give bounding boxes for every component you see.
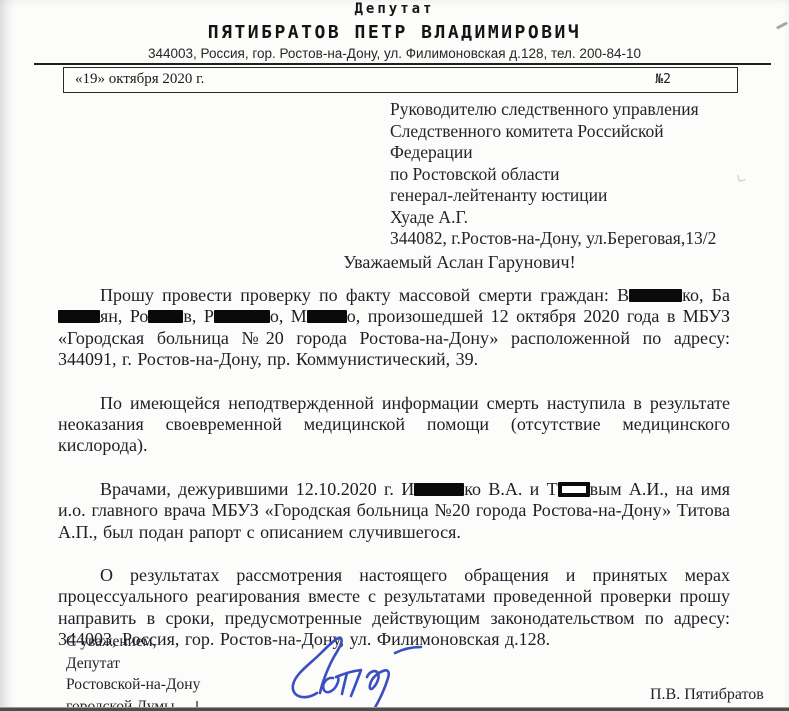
salutation: Уважаемый Аслан Гарунович! [130, 252, 789, 273]
redaction-bar [214, 310, 270, 323]
closing-line: Депутат [66, 653, 200, 675]
closing-line: С уважением, [66, 631, 200, 653]
handwritten-signature [283, 633, 448, 711]
addressee-line: Следственного комитета Российской Федера… [390, 121, 750, 164]
redaction-bar [148, 310, 183, 323]
redaction-bar [58, 310, 100, 323]
letter-body: Прошу провести проверку по факту массово… [58, 285, 730, 673]
redaction-bar [414, 483, 464, 496]
redaction-bar [307, 310, 347, 323]
redaction-bar [558, 482, 590, 497]
closing-block: С уважением, Депутат Ростовской-на-Дону … [66, 631, 200, 711]
letterhead-name: ПЯТИБРАТОВ ПЕТР ВЛАДИМИРОВИЧ [0, 22, 789, 43]
letterhead-underline [34, 63, 771, 65]
addressee-line: Хуаде А.Г. [390, 207, 750, 229]
signer-name: П.В. Пятибратов [650, 686, 764, 704]
addressee-block: Руководителю следственного управления Сл… [390, 99, 750, 250]
redaction-bar [629, 289, 682, 302]
paragraph: Прошу провести проверку по факту массово… [58, 285, 730, 371]
scanned-letter-page: Депутат ПЯТИБРАТОВ ПЕТР ВЛАДИМИРОВИЧ 344… [0, 0, 789, 711]
letterhead-role: Депутат [0, 1, 789, 17]
closing-line: Ростовской-на-Дону [66, 674, 200, 696]
addressee-line: генерал-лейтенанту юстиции [390, 185, 750, 207]
letterhead-address: 344003, Россия, гор. Ростов-на-Дону, ул.… [0, 46, 789, 61]
paragraph: Врачами, дежурившими 12.10.2020 г. Ико В… [58, 479, 730, 543]
addressee-line: 344082, г.Ростов-на-Дону, ул.Береговая,1… [390, 228, 750, 250]
date-number-box: «19» октября 2020 г. №2 [63, 67, 738, 93]
addressee-line: Руководителю следственного управления [390, 99, 750, 121]
handwritten-signature-path [293, 638, 421, 711]
date-field: «19» октября 2020 г. [75, 71, 204, 88]
document-number: №2 [655, 72, 671, 87]
addressee-line: по Ростовской области [390, 164, 750, 186]
paragraph: По имеющейся неподтвержденной информации… [58, 393, 730, 457]
